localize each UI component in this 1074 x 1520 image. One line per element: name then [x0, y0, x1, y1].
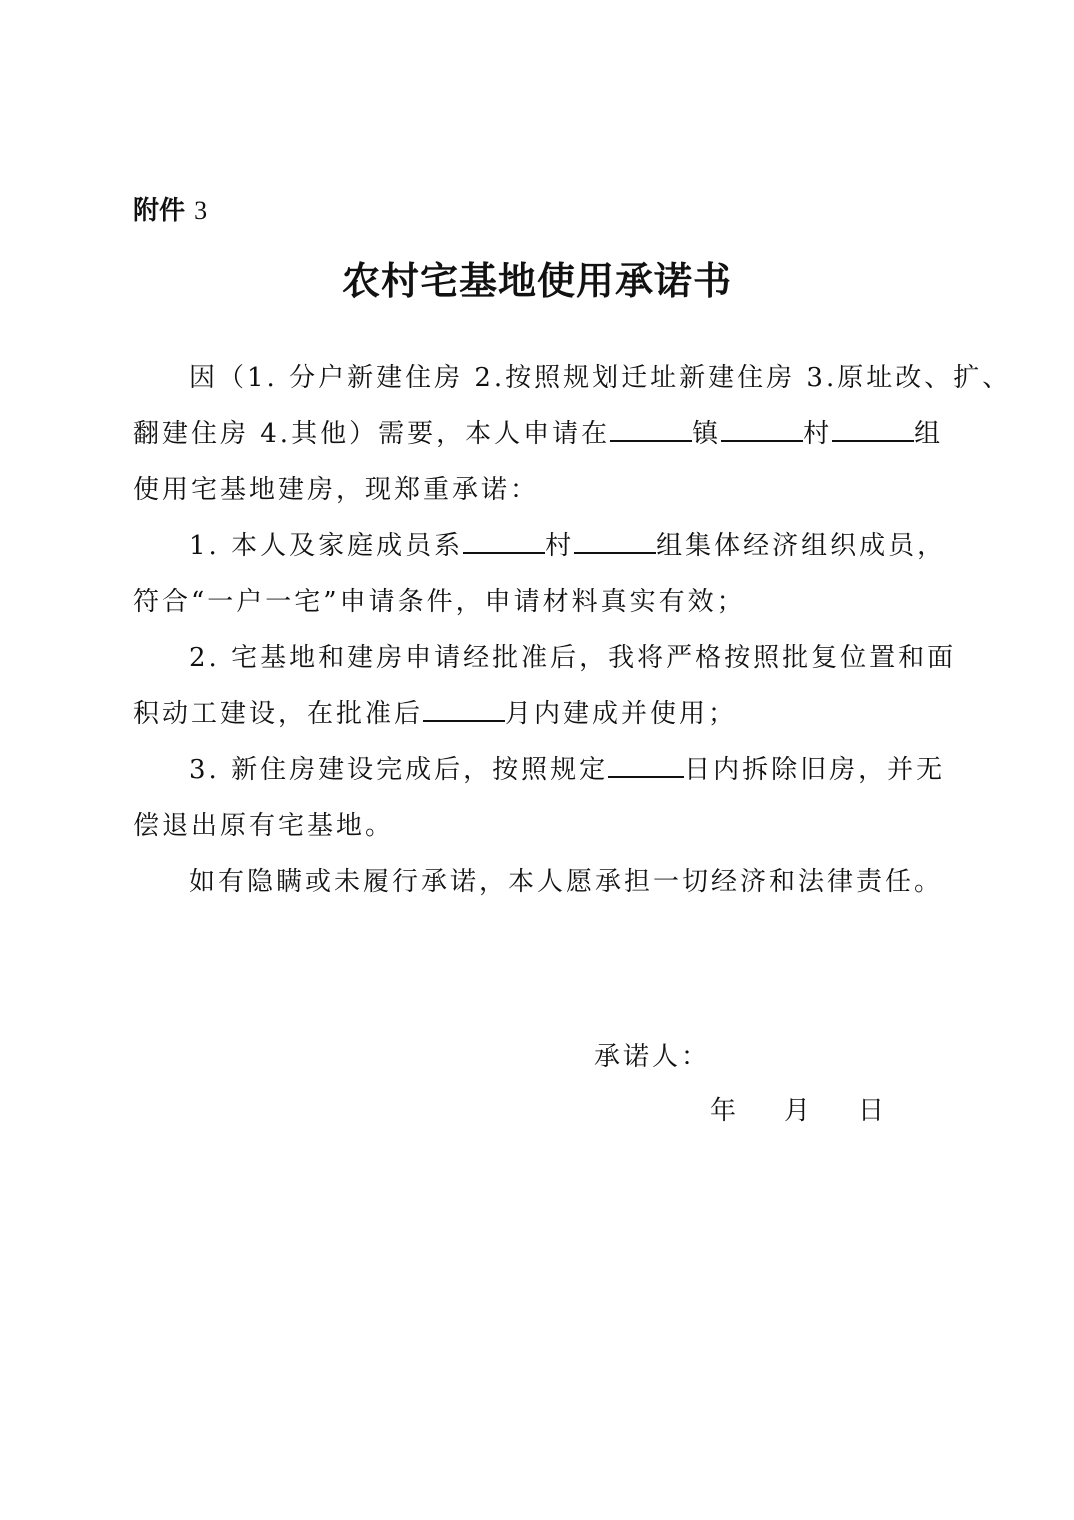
annex-number: 3 — [194, 196, 207, 225]
text: 组集体经济组织成员， — [656, 531, 946, 561]
annex-text: 附件 — [133, 196, 185, 226]
text: 3. 新住房建设完成后，按照规定 — [189, 755, 608, 785]
days-blank[interactable] — [608, 750, 684, 778]
member-group-blank[interactable] — [574, 526, 656, 554]
text: 1. 本人及家庭成员系 — [189, 531, 463, 561]
text: 积动工建设，在批准后 — [133, 699, 423, 729]
text: 组 — [914, 419, 943, 449]
text: 镇 — [692, 419, 721, 449]
months-blank[interactable] — [423, 694, 505, 722]
item-2-line-2: 积动工建设，在批准后月内建成并使用； — [133, 694, 943, 734]
date-day-label: 日 — [858, 1090, 887, 1127]
item-1-line-1: 1. 本人及家庭成员系村组集体经济组织成员， — [133, 526, 999, 566]
item-1-line-2: 符合“一户一宅”申请条件，申请材料真实有效； — [133, 582, 943, 622]
annex-label: 附件 3 — [133, 190, 207, 227]
date-year-label: 年 — [710, 1090, 739, 1127]
text: 村 — [803, 419, 832, 449]
signatory-label: 承诺人： — [594, 1036, 710, 1073]
date-month-label: 月 — [784, 1090, 813, 1127]
closing-statement: 如有隐瞒或未履行承诺，本人愿承担一切经济和法律责任。 — [133, 862, 999, 902]
text: 翻建住房 4.其他）需要，本人申请在 — [133, 419, 610, 449]
group-blank[interactable] — [832, 414, 914, 442]
village-blank[interactable] — [721, 414, 803, 442]
document-title: 农村宅基地使用承诺书 — [0, 250, 1074, 305]
town-blank[interactable] — [610, 414, 692, 442]
text: 日内拆除旧房，并无 — [684, 755, 945, 785]
member-village-blank[interactable] — [463, 526, 545, 554]
item-2-line-1: 2. 宅基地和建房申请经批准后，我将严格按照批复位置和面 — [133, 638, 999, 678]
text: 村 — [545, 531, 574, 561]
intro-line-1: 因（1. 分户新建住房 2.按照规划迁址新建住房 3.原址改、扩、 — [133, 358, 999, 398]
item-3-line-1: 3. 新住房建设完成后，按照规定日内拆除旧房，并无 — [133, 750, 999, 790]
item-3-line-2: 偿退出原有宅基地。 — [133, 806, 943, 846]
intro-line-3: 使用宅基地建房，现郑重承诺： — [133, 470, 943, 510]
text: 月内建成并使用； — [505, 699, 737, 729]
intro-line-2: 翻建住房 4.其他）需要，本人申请在镇村组 — [133, 414, 943, 454]
